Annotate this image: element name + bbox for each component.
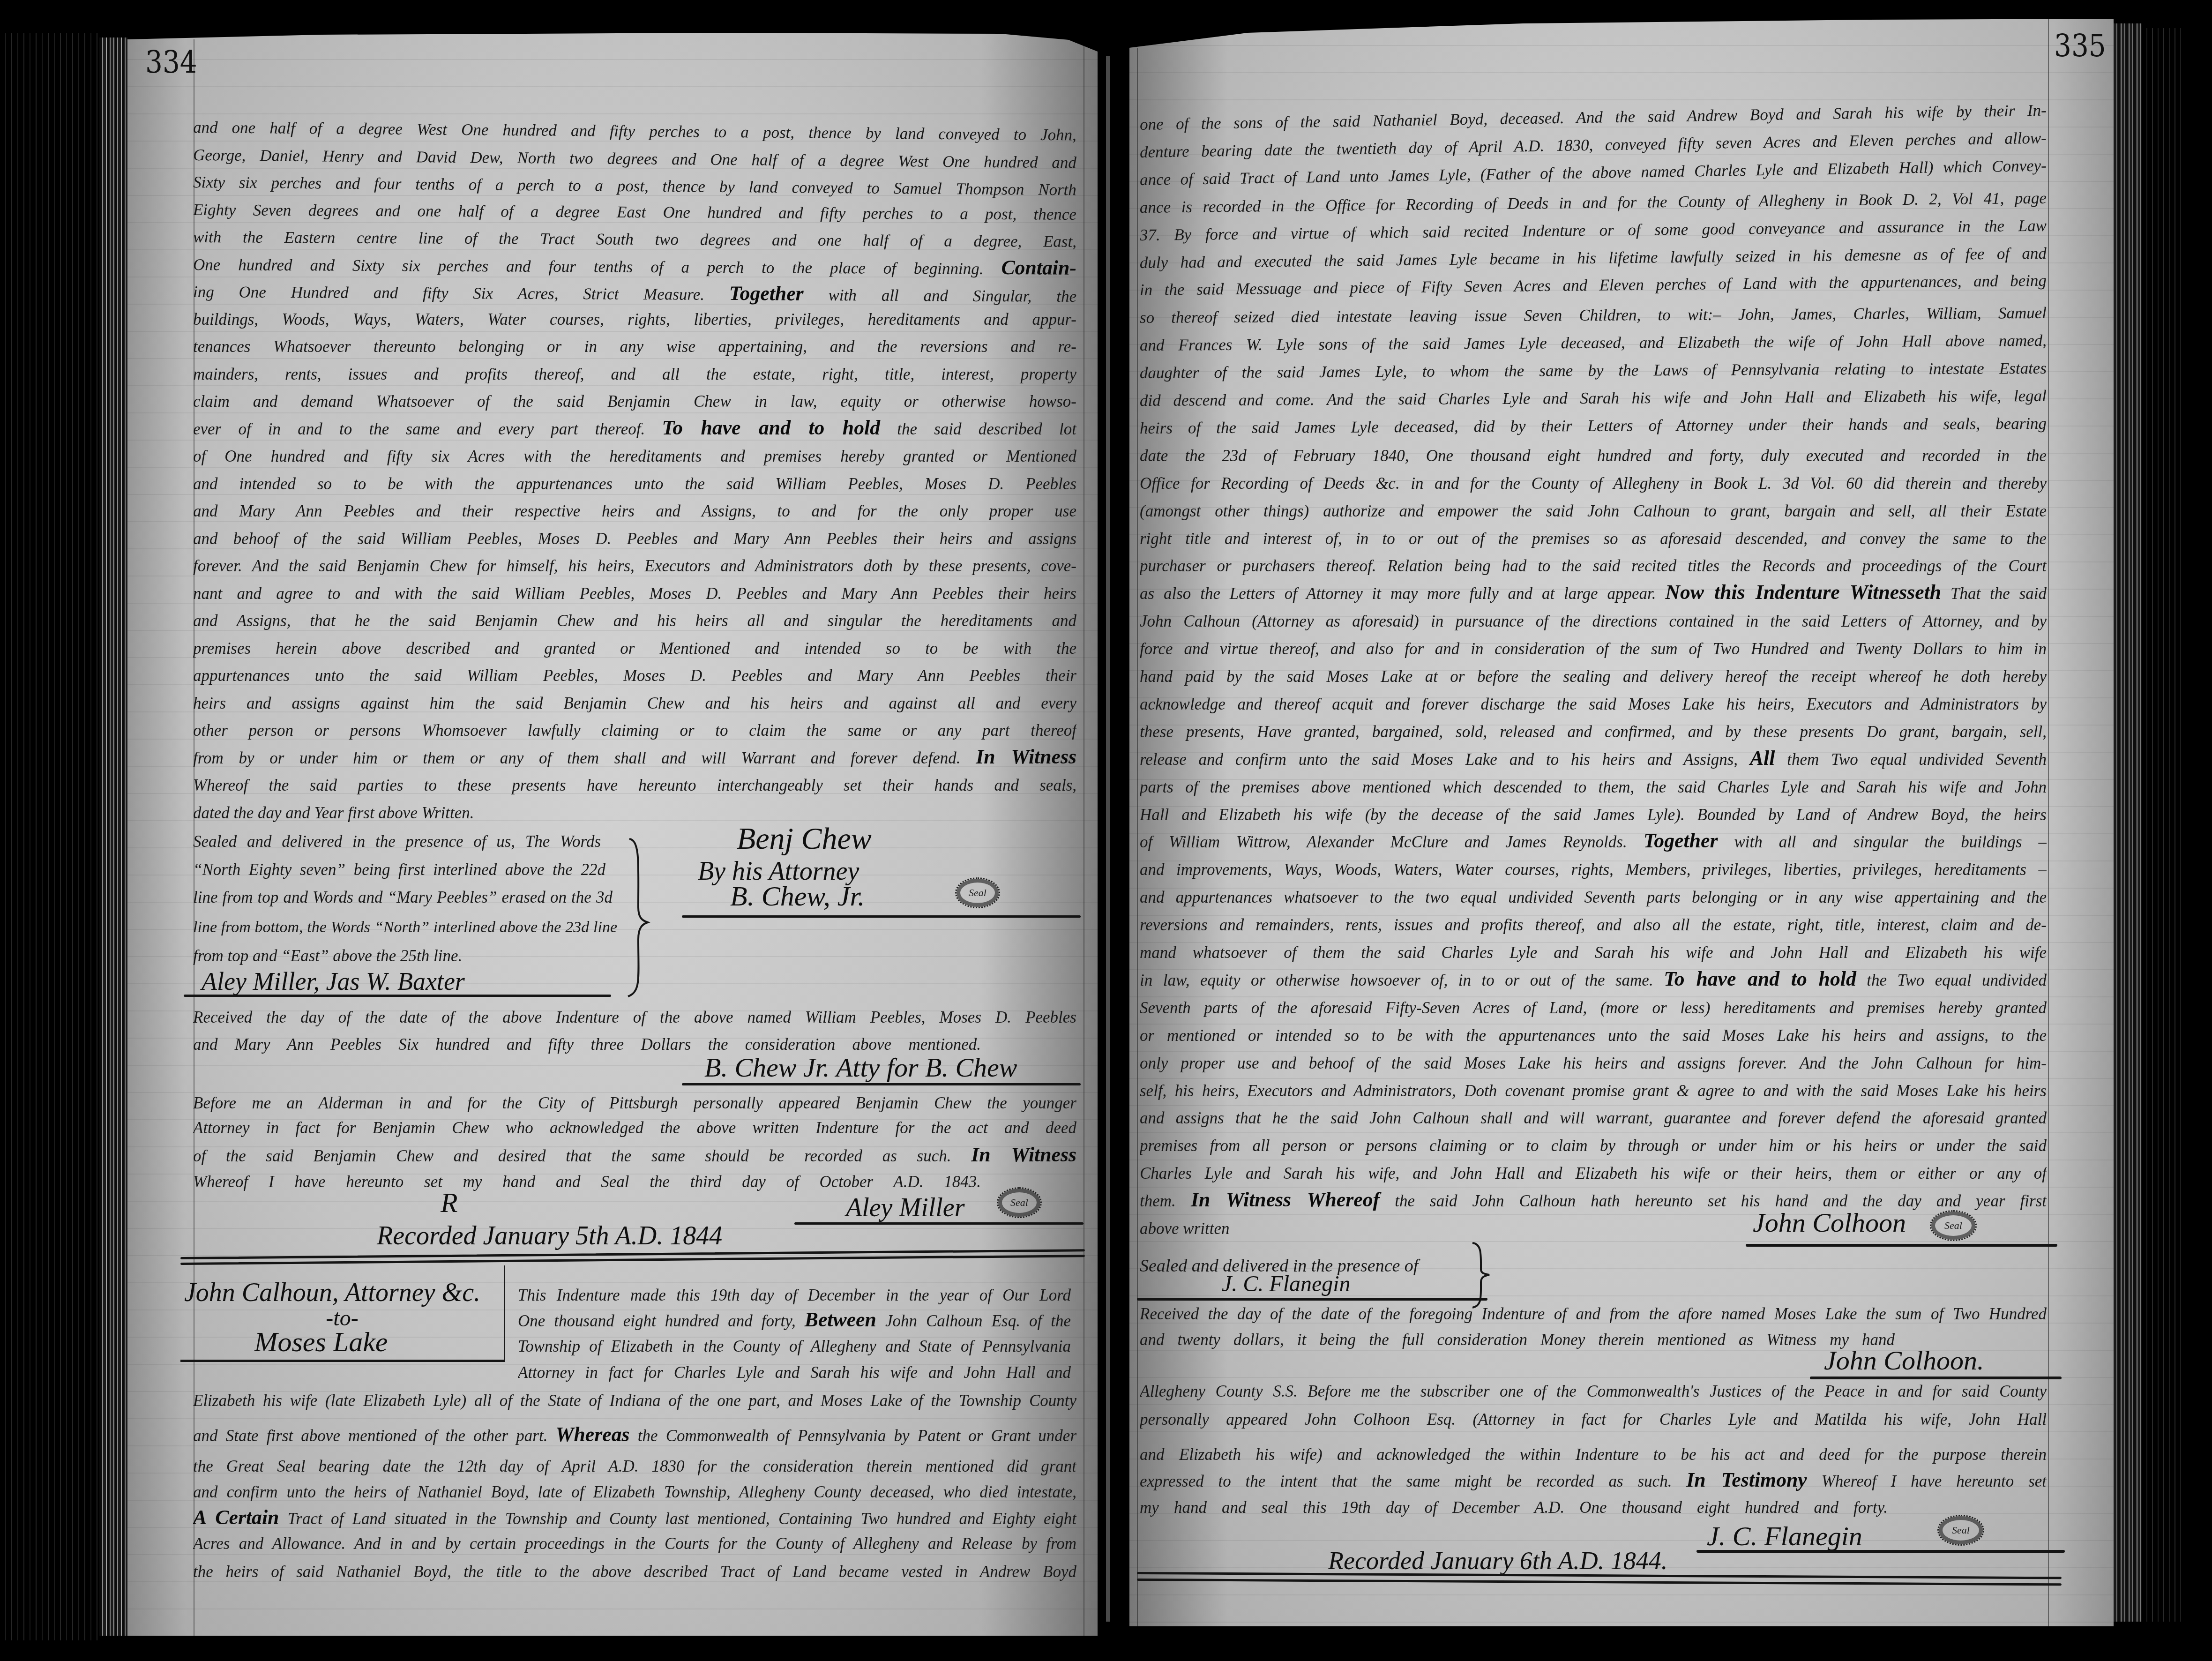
deed-text-line: so thereof seized died intestate leaving… <box>1140 301 2047 329</box>
line-text: the Commonwealth of Pennsylvania by Pate… <box>638 1427 1076 1445</box>
emphasized-phrase: In Witness Whereof <box>1191 1190 1380 1211</box>
deed-text-line: dated the day and Year first above Writt… <box>193 801 549 825</box>
deed-text-line: as also the Letters of Attorney it may m… <box>1140 582 2047 606</box>
acknowledgement-line: Allegheny County S.S. Before me the subs… <box>1140 1380 2047 1403</box>
witness-note-line: Sealed and delivered in the presence of … <box>193 830 601 853</box>
witness-note-line: “North Eighty seven” being first interli… <box>193 858 605 882</box>
deed-text-line: and Mary Ann Peebles and their respectiv… <box>193 500 1076 523</box>
acknowledgement-signature: Aley Miller <box>846 1195 964 1221</box>
deed-text-line: nant and agree to and with the said Will… <box>193 582 1076 606</box>
deed-text-line: reversions and remainders, rents, issues… <box>1140 913 2047 937</box>
signature-grantor: Benj Chew <box>737 823 872 854</box>
margin-mark: R <box>441 1189 458 1217</box>
deed-text-line: and appurtenances whatsoever to the two … <box>1140 886 2047 909</box>
deed-text-line: acknowledge and thereof acquit and forev… <box>1140 693 2047 716</box>
recorded-note: Recorded January 6th A.D. 1844. <box>1328 1548 1667 1573</box>
emphasized-phrase: To have and to hold <box>1664 969 1856 990</box>
line-text: Whereof I have hereunto set <box>1822 1472 2047 1490</box>
left-page: 334 and one half of a degree West One hu… <box>127 33 1098 1636</box>
emphasized-phrase: Together <box>1644 830 1718 852</box>
deed-text-line: Elizabeth his wife (late Elizabeth Lyle)… <box>193 1389 1076 1413</box>
line-text: them Two equal undivided Seventh <box>1787 750 2047 769</box>
deed-text-line: Seventh parts of the aforesaid Fifty-Sev… <box>1140 996 2047 1020</box>
acknowledgement-line: Whereof I have hereunto set my hand and … <box>193 1170 981 1194</box>
deed-text-line: Acres and Allowance. And in and by certa… <box>193 1532 1076 1556</box>
deed-text-line: and improvements, Ways, Woods, Waters, W… <box>1140 858 2047 882</box>
deed-text-line: in law, equity or otherwise howsoever of… <box>1140 969 2047 992</box>
deed-text-line: claim and demand Whatsoever of the said … <box>193 390 1076 413</box>
deed-text-line: Hall and Elizabeth his wife (by the dece… <box>1140 803 2047 827</box>
deed-text-line: Sixty six perches and four tenths of a p… <box>193 171 1076 202</box>
right-page: 335 one of the sons of the said Nathanie… <box>1129 19 2114 1626</box>
deed-text-line: and State first above mentioned of the o… <box>193 1424 1076 1448</box>
receipt-line: Received the day of the date of the abov… <box>193 1006 1076 1029</box>
line-text: One thousand eight hundred and forty, <box>518 1312 796 1330</box>
deed-text-line: date the 23d of February 1840, One thous… <box>1140 444 2047 468</box>
rule-line <box>1137 1298 1487 1301</box>
deed-text-line: 37. By force and virtue of which said re… <box>1140 214 2047 247</box>
signature-grantor: John Colhoon <box>1753 1209 1906 1236</box>
deed-text-line: in the said Messuage and piece of Fifty … <box>1140 269 2047 302</box>
line-text: ing One Hundred and fifty Six Acres, Str… <box>193 283 704 304</box>
emphasized-phrase: Together <box>729 282 804 305</box>
margin-rule-left <box>1137 48 1138 1626</box>
seal-stamp-icon: Seal <box>1930 1210 1977 1241</box>
line-text: Tract of Land situated in the Township a… <box>288 1510 1076 1528</box>
line-text: One hundred and Sixty six perches and fo… <box>193 255 984 278</box>
deed-text-line: (amongst other things) authorize and emp… <box>1140 500 2047 523</box>
deed-text-line: duly had and executed the said James Lyl… <box>1140 242 2047 275</box>
line-text: the said described lot <box>897 420 1076 438</box>
caption-grantee: Moses Lake <box>180 1328 504 1356</box>
line-text: John Calhoun Esq. of the <box>885 1312 1071 1330</box>
deed-text-line: parts of the premises above mentioned wh… <box>1140 776 2047 799</box>
line-text: That the said <box>1950 584 2047 603</box>
emphasized-phrase: All <box>1750 748 1775 770</box>
deed-text-line: ing One Hundred and fifty Six Acres, Str… <box>193 280 1076 308</box>
line-text: and State first above mentioned of the o… <box>193 1427 547 1445</box>
acknowledgement-line: Before me an Alderman in and for the Cit… <box>193 1092 1076 1115</box>
deed-text-line: One hundred and Sixty six perches and fo… <box>193 253 1076 281</box>
deed-text-line: hand paid by the said Moses Lake at or b… <box>1140 665 2047 688</box>
line-text: of William Wittrow, Alexander McClure an… <box>1140 833 1627 851</box>
rule-line <box>682 915 1081 918</box>
margin-rule-right <box>1084 33 1084 1636</box>
acknowledgement-line: and Elizabeth his wife) and acknowledged… <box>1140 1443 2047 1466</box>
witness-signatures: Aley Miller, Jas W. Baxter <box>202 969 465 994</box>
deed-text-line: daughter of the said James Lyle, to whom… <box>1140 357 2047 385</box>
signature-attorney: B. Chew, Jr. <box>730 882 865 910</box>
line-text: the said John Calhoun hath hereunto set … <box>1395 1192 2047 1210</box>
line-text: the Two equal undivided <box>1867 971 2047 989</box>
line-text: from by or under him or them or any of t… <box>193 749 961 767</box>
acknowledgement-signature: J. C. Flanegin <box>1707 1523 1862 1550</box>
deed-text-line: Eighty Seven degrees and one half of a d… <box>193 198 1076 226</box>
emphasized-phrase: In Testimony <box>1686 1470 1807 1491</box>
deed-text-line: self, his heirs, Executors and Administr… <box>1140 1079 2047 1103</box>
deed-text-line: George, Daniel, Henry and David Dew, Nor… <box>193 143 1076 174</box>
emphasized-phrase: In Witness <box>976 747 1076 768</box>
deed-text-line: mand whatsoever of them the said Charles… <box>1140 941 2047 965</box>
witness-note-line: from top and “East” above the 25th line. <box>193 944 521 968</box>
receipt-signature: John Colhoon. <box>1824 1347 1984 1374</box>
deed-text-line: Whereof the said parties to these presen… <box>193 774 1076 797</box>
deed-text-line: forever. And the said Benjamin Chew for … <box>193 554 1076 578</box>
deed-text-line: buildings, Woods, Ways, Waters, Water co… <box>193 308 1076 331</box>
line-text: of the said Benjamin Chew and desired th… <box>193 1147 951 1165</box>
deed-text-line: above written <box>1140 1217 1421 1241</box>
deed-text-line: the Great Seal bearing date the 12th day… <box>193 1455 1076 1478</box>
deed-text-line: only proper use and behoof of the said M… <box>1140 1052 2047 1075</box>
double-rule-bottom <box>1137 1579 2062 1586</box>
receipt-line: Received the day of the date of the fore… <box>1140 1302 2047 1326</box>
deed-header-line: Attorney in fact for Charles Lyle and Sa… <box>518 1361 1071 1384</box>
emphasized-phrase: Whereas <box>556 1424 630 1446</box>
emphasized-phrase: A Certain <box>193 1507 279 1529</box>
deed-text-line: them. In Witness Whereof the said John C… <box>1140 1190 2047 1213</box>
deed-text-line: the heirs of said Nathaniel Boyd, the ti… <box>193 1560 1076 1584</box>
deed-text-line: premises herein above described and gran… <box>193 637 1076 660</box>
deed-text-line: tenances Whatsoever thereunto belonging … <box>193 335 1076 359</box>
deed-text-line: these presents, Have granted, bargained,… <box>1140 720 2047 744</box>
deed-text-line: and behoof of the said William Peebles, … <box>193 527 1076 551</box>
line-text: them. <box>1140 1192 1176 1210</box>
seal-stamp-icon: Seal <box>997 1187 1042 1218</box>
deed-text-line: heirs of the said James Lyle deceased, d… <box>1140 412 2047 440</box>
deed-text-line: Charles Lyle and Sarah his wife, and Joh… <box>1140 1162 2047 1185</box>
deed-text-line: and assigns that he the said John Calhou… <box>1140 1107 2047 1130</box>
deed-text-line: purchaser or purchasers thereof. Relatio… <box>1140 554 2047 578</box>
deed-text-line: heirs and assigns against him the said B… <box>193 692 1076 715</box>
caption-grantor: John Calhoun, Attorney &c. <box>180 1279 504 1306</box>
line-text: as also the Letters of Attorney it may m… <box>1140 584 1656 603</box>
deed-text-line: with the Eastern centre line of the Trac… <box>193 225 1076 254</box>
witness-note-line: line from top and Words and “Mary Peeble… <box>193 886 613 909</box>
receipt-signature: B. Chew Jr. Atty for B. Chew <box>704 1054 1017 1081</box>
acknowledgement-line: expressed to the intent that the same mi… <box>1140 1470 2047 1493</box>
deed-text-line: John Calhoun (Attorney as aforesaid) in … <box>1140 610 2047 633</box>
page-number: 334 <box>145 47 197 77</box>
acknowledgement-line: of the said Benjamin Chew and desired th… <box>193 1145 1076 1168</box>
emphasized-phrase: In Witness <box>971 1145 1076 1166</box>
deed-text-line: ever of in and to the same and every par… <box>193 418 1076 441</box>
deed-text-line: from by or under him or them or any of t… <box>193 747 1076 770</box>
rule-line <box>184 995 611 997</box>
recorded-note: Recorded January 5th A.D. 1844 <box>377 1223 722 1249</box>
acknowledgement-line: Attorney in fact for Benjamin Chew who a… <box>193 1116 1076 1140</box>
deed-header-line: One thousand eight hundred and forty, Be… <box>518 1309 1071 1333</box>
witness-note-line: line from bottom, the Words “North” inte… <box>193 916 617 939</box>
rule-line <box>1810 1377 2062 1379</box>
rule-line <box>682 1083 1081 1085</box>
deed-text-line: appurtenances unto the said William Peeb… <box>193 664 1076 688</box>
line-text: expressed to the intent that the same mi… <box>1140 1472 1672 1490</box>
receipt-line: and twenty dollars, it being the full co… <box>1140 1328 1895 1352</box>
page-stack-edge-left-near <box>99 37 127 1636</box>
deed-header-line: Township of Elizabeth in the County of A… <box>518 1335 1071 1358</box>
emphasized-phrase: Now this Indenture Witnesseth <box>1665 582 1941 604</box>
rule-line <box>794 1222 1084 1225</box>
deed-text-line: release and confirm unto the said Moses … <box>1140 748 2047 771</box>
seal-stamp-icon: Seal <box>955 877 1000 908</box>
page-stack-edge-left <box>0 33 99 1640</box>
acknowledgement-line: personally appeared John Colhoon Esq. (A… <box>1140 1408 2047 1431</box>
deed-caption-box: John Calhoun, Attorney &c. -to- Moses La… <box>180 1265 505 1362</box>
margin-rule-right <box>2048 19 2049 1626</box>
page-stack-edge-right <box>2142 28 2186 1622</box>
deed-text-line: and intended so to be with the appurtena… <box>193 472 1076 496</box>
line-text: in law, equity or otherwise howsoever of… <box>1140 971 1653 989</box>
rule-line <box>1746 1244 2057 1247</box>
deed-text-line: and Assigns, that he the said Benjamin C… <box>193 609 1076 633</box>
deed-text-line: ance is recorded in the Office for Recor… <box>1140 187 2047 219</box>
deed-text-line: mainders, rents, issues and profits ther… <box>193 363 1076 386</box>
deed-text-line: A Certain Tract of Land situated in the … <box>193 1507 1076 1531</box>
witness-brace-icon <box>627 837 650 999</box>
deed-text-line: right title and interest of, in to or ou… <box>1140 527 2047 551</box>
acknowledgement-line: my hand and seal this 19th day of Decemb… <box>1140 1496 1888 1519</box>
deed-text-line: other person or persons Whomsoever lawfu… <box>193 719 1076 742</box>
emphasized-phrase: To have and to hold <box>662 418 881 439</box>
deed-text-line: and confirm unto the heirs of Nathaniel … <box>193 1481 1076 1504</box>
line-text: with all and Singular, the <box>828 286 1076 306</box>
deed-header-line: This Indenture made this 19th day of Dec… <box>518 1284 1071 1307</box>
line-text: release and confirm unto the said Moses … <box>1140 750 1738 769</box>
witness-signature: J. C. Flanegin <box>1222 1273 1351 1295</box>
deed-text-line: force and virtue thereof, and also for a… <box>1140 637 2047 661</box>
emphasized-phrase: Between <box>805 1309 876 1331</box>
deed-text-line: of William Wittrow, Alexander McClure an… <box>1140 830 2047 854</box>
emphasized-phrase: Contain- <box>1001 256 1076 279</box>
deed-text-line: Office for Recording of Deeds &c. in and… <box>1140 472 2047 495</box>
line-text: ever of in and to the same and every par… <box>193 420 645 438</box>
rule-line <box>1696 1550 2065 1553</box>
line-text: with all and singular the buildings – <box>1734 833 2047 851</box>
deed-text-line: premises from all person or persons clai… <box>1140 1134 2047 1158</box>
page-number: 335 <box>2054 30 2106 61</box>
deed-text-line: and Frances W. Lyle sons of the said Jam… <box>1140 329 2047 357</box>
deed-text-line: of One hundred and fifty six Acres with … <box>193 445 1076 468</box>
deed-text-line: or mentioned or intended so to be with t… <box>1140 1024 2047 1047</box>
deed-text-line: and one half of a degree West One hundre… <box>193 116 1076 147</box>
seal-stamp-icon: Seal <box>1937 1515 1984 1546</box>
page-stack-edge-right-near <box>2114 23 2142 1622</box>
deed-text-line: did descend and come. And the said Charl… <box>1140 384 2047 412</box>
book-gutter <box>1106 56 1110 1622</box>
